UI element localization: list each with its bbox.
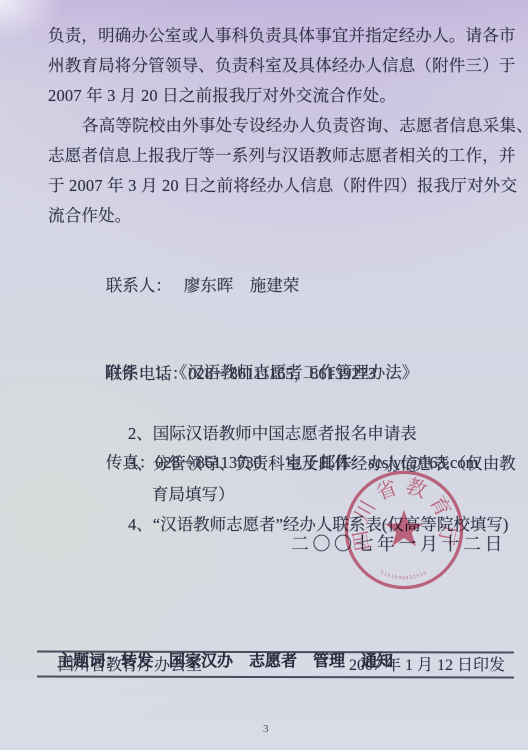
print-date: 2007 年 1 月 12 日印发 (349, 656, 505, 675)
body-line: 负责，明确办公室或人事科负责具体事宜并指定经办人。请各市 (48, 21, 514, 51)
body-line: 流合作处。 (48, 201, 514, 231)
attachment-item-2: 2、国际汉语教师中国志愿者报名申请表 (80, 419, 516, 450)
official-seal: 四川省教育厅 5101000032510 (340, 466, 468, 594)
body-line: 2007 年 3 月 20 日之前报我厅对外交流合作处。 (48, 81, 514, 111)
attachments-label: 附件： (105, 363, 155, 382)
body-line: 各高等院校由外事处专设经办人负责咨询、志愿者信息采集、 (48, 111, 514, 141)
body-line: 志愿者信息上报我厅等一系列与汉语教师志愿者相关的工作，并 (48, 141, 514, 171)
body-line: 于 2007 年 3 月 20 日之前将经办人信息（附件四）报我厅对外交 (48, 171, 514, 201)
seal-star-icon (385, 510, 423, 546)
attachment-item-1: 1、《汉语教师志愿者工作管理办法》 (154, 363, 418, 382)
contact-person-label: 联系人： (106, 276, 172, 295)
issuing-office: 四川省教育厅办公室 (58, 656, 202, 675)
seal-code-text: 5101000032510 (379, 571, 428, 582)
body-line: 州教育局将分管领导、负责科室及具体经办人信息（附件三）于 (48, 51, 514, 81)
page-number: 3 (263, 723, 269, 735)
scanned-notice-page: 负责，明确办公室或人事科负责具体事宜并指定经办人。请各市 州教育局将分管领导、负… (0, 0, 528, 750)
body-text: 负责，明确办公室或人事科负责具体事宜并指定经办人。请各市 州教育局将分管领导、负… (48, 21, 514, 231)
attachment-row-1: 附件：1、《汉语教师志愿者工作管理办法》 (80, 327, 516, 419)
svg-text:5101000032510: 5101000032510 (379, 571, 428, 582)
contact-person-names: 廖东晖 施建荣 (184, 276, 300, 295)
seal-graphic: 四川省教育厅 5101000032510 (340, 466, 468, 594)
contact-person-row: 联系人：廖东晖 施建荣 (81, 241, 478, 330)
